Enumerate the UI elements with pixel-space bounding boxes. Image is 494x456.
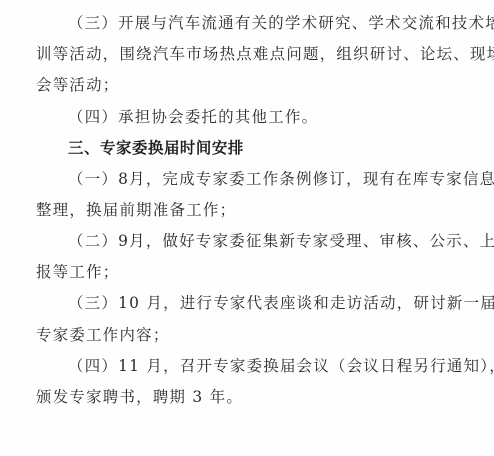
paragraph-3-line-3: 会等活动； [36, 74, 452, 96]
schedule-4-line-1: （四）11 月，召开专家委换届会议（会议日程另行通知）， [68, 355, 452, 377]
section-heading: 三、专家委换届时间安排 [68, 137, 452, 159]
schedule-4-line-2: 颁发专家聘书，聘期 3 年。 [36, 386, 452, 408]
paragraph-4-line-1: （四）承担协会委托的其他工作。 [68, 106, 452, 128]
schedule-3-line-1: （三）10 月，进行专家代表座谈和走访活动，研讨新一届 [68, 292, 452, 314]
schedule-2-line-2: 报等工作； [36, 261, 452, 283]
schedule-3-line-2: 专家委工作内容； [36, 324, 452, 346]
paragraph-3-line-1: （三）开展与汽车流通有关的学术研究、学术交流和技术培 [68, 12, 452, 34]
schedule-2-line-1: （二）9月，做好专家委征集新专家受理、审核、公示、上 [68, 230, 452, 252]
paragraph-3-line-2: 训等活动，围绕汽车市场热点难点问题，组织研讨、论坛、现场 [36, 43, 452, 65]
schedule-1-line-2: 整理，换届前期准备工作； [36, 199, 452, 221]
document-page: （三）开展与汽车流通有关的学术研究、学术交流和技术培 训等活动，围绕汽车市场热点… [0, 0, 494, 456]
schedule-1-line-1: （一）8月，完成专家委工作条例修订，现有在库专家信息 [68, 168, 452, 190]
